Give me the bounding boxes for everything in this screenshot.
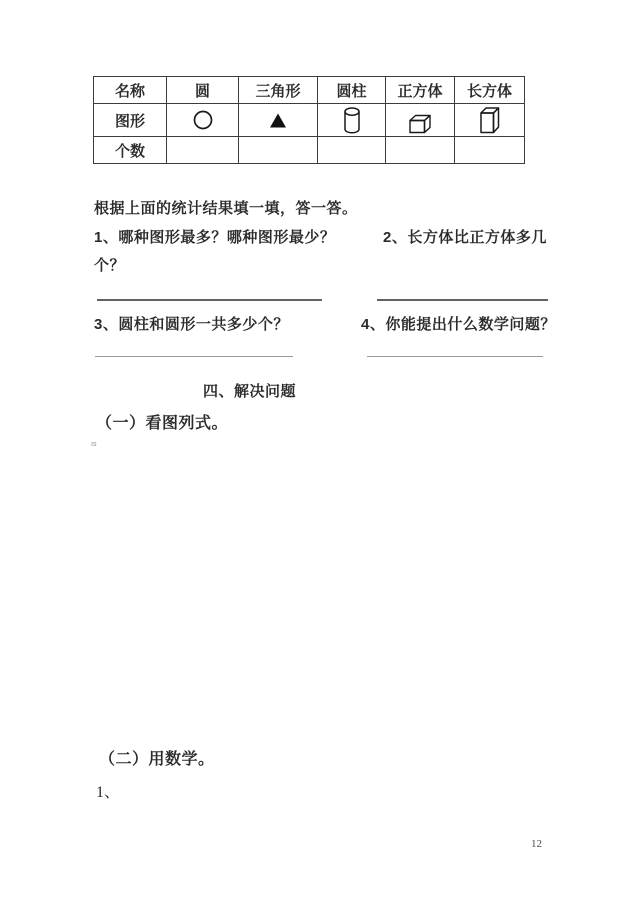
item-1-label: 1、 — [96, 779, 120, 802]
count-cell — [455, 137, 525, 164]
table-count-row: 个数 — [94, 137, 525, 164]
worksheet-page: 名称 圆 三角形 圆柱 正方体 长方体 图形 — [0, 0, 640, 905]
shape-cell — [239, 104, 318, 137]
shape-cell — [167, 104, 239, 137]
header-triangle: 三角形 — [239, 77, 318, 104]
row-label-shape: 图形 — [94, 104, 167, 137]
count-cell — [386, 137, 455, 164]
shape-cell — [455, 104, 525, 137]
header-cube: 正方体 — [386, 77, 455, 104]
header-circle: 圆 — [167, 77, 239, 104]
count-cell — [239, 137, 318, 164]
question-4: 4、你能提出什么数学问题？ — [361, 313, 556, 334]
answer-line — [367, 356, 543, 357]
question-3: 3、圆柱和圆形一共多少个？ — [94, 313, 289, 334]
question-2-continued: 个？ — [94, 254, 125, 275]
answer-line — [95, 356, 293, 357]
shape-cell — [318, 104, 386, 137]
answer-line — [97, 299, 322, 301]
cylinder-icon — [343, 107, 361, 134]
stray-mark: ıs — [91, 441, 96, 448]
subsection-2-heading: （二）用数学。 — [99, 746, 215, 769]
shape-statistics-table: 名称 圆 三角形 圆柱 正方体 长方体 图形 — [93, 76, 525, 164]
circle-icon — [192, 109, 214, 131]
header-cuboid: 长方体 — [455, 77, 525, 104]
shape-cell — [386, 104, 455, 137]
subsection-1-heading: （一）看图列式。 — [96, 410, 228, 433]
instruction-text: 根据上面的统计结果填一填，答一答。 — [94, 197, 358, 218]
table-header-row: 名称 圆 三角形 圆柱 正方体 长方体 — [94, 77, 525, 104]
answer-line — [377, 299, 548, 301]
count-cell — [318, 137, 386, 164]
triangle-icon — [269, 113, 287, 128]
page-number: 12 — [531, 838, 542, 850]
section-heading: 四、解决问题 — [203, 380, 296, 401]
cube-icon — [407, 113, 433, 134]
cuboid-icon — [479, 106, 500, 134]
header-name: 名称 — [94, 77, 167, 104]
count-cell — [167, 137, 239, 164]
question-1: 1、哪种图形最多？哪种图形最少？ — [94, 226, 335, 247]
header-cylinder: 圆柱 — [318, 77, 386, 104]
row-label-count: 个数 — [94, 137, 167, 164]
table-shape-row: 图形 — [94, 104, 525, 137]
question-2: 2、长方体比正方体多几 — [383, 226, 547, 247]
